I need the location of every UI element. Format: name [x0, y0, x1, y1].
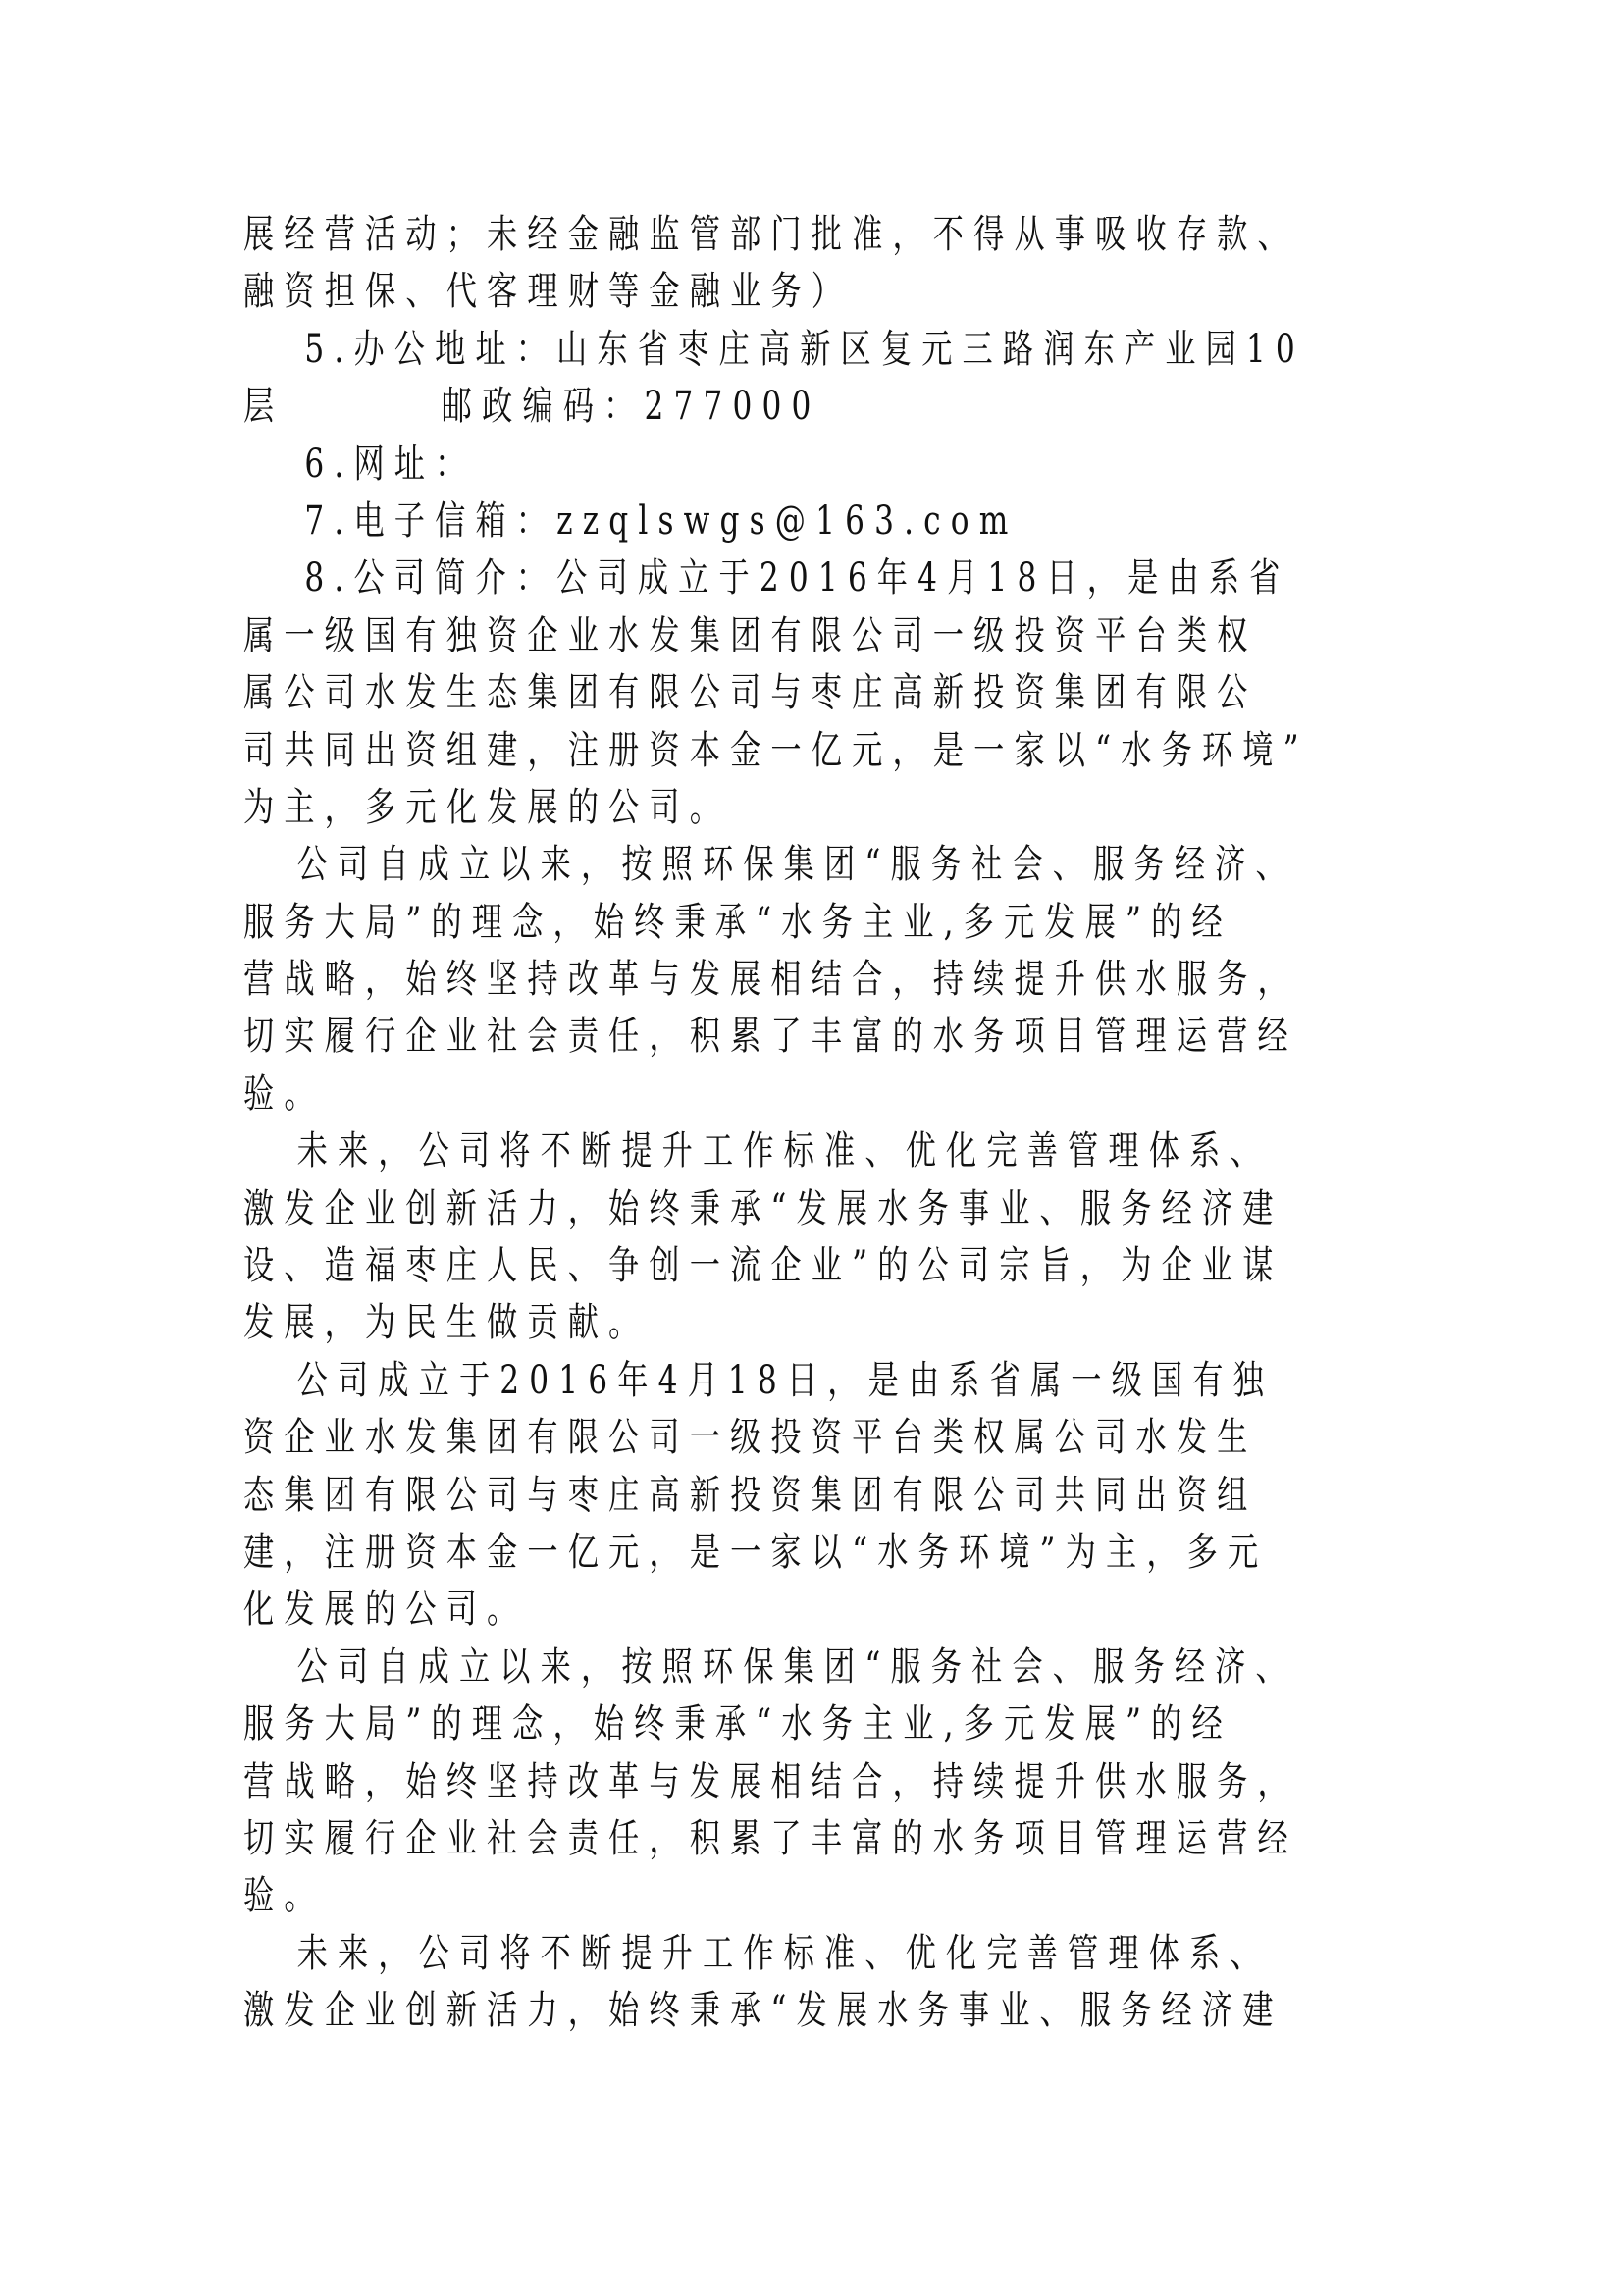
text-line: 服务大局”的理念，始终秉承“水务主业,多元发展”的经 — [243, 1695, 1391, 1752]
text-line: 设、造福枣庄人民、争创一流企业”的公司宗旨，为企业谋 — [243, 1237, 1391, 1294]
postal-code-line: 层 邮政编码：277000 — [243, 378, 1391, 435]
paragraph-start-line: 公司自成立以来，按照环保集团“服务社会、服务经济、 — [243, 836, 1445, 893]
text-line: 验。 — [243, 1066, 1391, 1122]
website-line: 6.网址： — [243, 436, 1452, 493]
text-line: 资企业水发集团有限公司一级投资平台类权属公司水发生 — [243, 1409, 1391, 1466]
text-line: 切实履行企业社会责任，积累了丰富的水务项目管理运营经 — [243, 1008, 1391, 1065]
text-line: 司共同出资组建，注册资本金一亿元，是一家以“水务环境” — [243, 722, 1391, 779]
text-line: 态集团有限公司与枣庄高新投资集团有限公司共同出资组 — [243, 1467, 1391, 1524]
paragraph-start-line: 公司自成立以来，按照环保集团“服务社会、服务经济、 — [243, 1639, 1445, 1695]
office-address-line: 5.办公地址：山东省枣庄高新区复元三路润东产业园10 — [243, 321, 1452, 378]
text-line: 发展，为民生做贡献。 — [243, 1294, 1391, 1351]
text-line: 激发企业创新活力，始终秉承“发展水务事业、服务经济建 — [243, 1982, 1391, 2039]
text-line: 营战略，始终坚持改革与发展相结合，持续提升供水服务， — [243, 951, 1391, 1008]
text-line: 验。 — [243, 1867, 1391, 1924]
text-line: 属公司水发生态集团有限公司与枣庄高新投资集团有限公 — [243, 664, 1391, 721]
text-line: 切实履行企业社会责任，积累了丰富的水务项目管理运营经 — [243, 1810, 1391, 1867]
email-line: 7.电子信箱：zzqlswgs@163.com — [243, 493, 1452, 549]
text-line: 服务大局”的理念，始终秉承“水务主业,多元发展”的经 — [243, 894, 1391, 951]
paragraph-start-line: 未来，公司将不断提升工作标准、优化完善管理体系、 — [243, 1122, 1445, 1179]
document-page: 展经营活动；未经金融监管部门批准，不得从事吸收存款、 融资担保、代客理财等金融业… — [243, 206, 1389, 2040]
paragraph-start-line: 公司成立于2016年4月18日，是由系省属一级国有独 — [243, 1352, 1445, 1409]
text-line-continuation: 融资担保、代客理财等金融业务） — [243, 263, 1391, 320]
text-line: 营战略，始终坚持改革与发展相结合，持续提升供水服务， — [243, 1753, 1391, 1810]
text-line: 属一级国有独资企业水发集团有限公司一级投资平台类权 — [243, 607, 1391, 664]
text-line: 化发展的公司。 — [243, 1581, 1391, 1638]
company-intro-line: 8.公司简介：公司成立于2016年4月18日，是由系省 — [243, 549, 1452, 606]
text-line: 建，注册资本金一亿元，是一家以“水务环境”为主，多元 — [243, 1524, 1391, 1581]
paragraph-start-line: 未来，公司将不断提升工作标准、优化完善管理体系、 — [243, 1925, 1445, 1982]
text-line: 为主，多元化发展的公司。 — [243, 779, 1391, 836]
text-line-continuation: 展经营活动；未经金融监管部门批准，不得从事吸收存款、 — [243, 206, 1391, 263]
text-line: 激发企业创新活力，始终秉承“发展水务事业、服务经济建 — [243, 1180, 1391, 1237]
